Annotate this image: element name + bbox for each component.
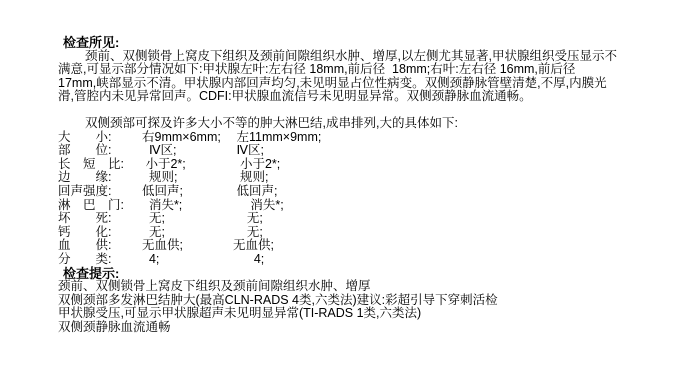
- row-label: 淋 巴 门:: [58, 199, 142, 213]
- row-value-right: 4;: [233, 253, 264, 267]
- table-row-size: 大 小: 右9mm×6mm; 左11mm×9mm;: [58, 131, 665, 145]
- table-row-hilum: 淋 巴 门: 消失*; 消失*;: [58, 199, 665, 213]
- findings-line: 滑,管腔内未见异常回声。CDFI:甲状腺血流信号未见明显异常。双侧颈静脉血流通畅…: [58, 90, 665, 104]
- row-value-left: Ⅳ区;: [142, 144, 233, 158]
- row-value-right: 无;: [233, 212, 263, 226]
- findings-paragraph-lymphnodes: 双侧颈部可探及许多大小不等的肿大淋巴结,成串排列,大的具体如下:: [58, 117, 665, 131]
- row-label: 分 类:: [58, 253, 142, 267]
- row-value-right: Ⅳ区;: [233, 144, 264, 158]
- findings-paragraph-thyroid: 颈前、双侧锁骨上窝皮下组织及颈前间隙组织水肿、增厚,以左侧尤其显著,甲状腺组织受…: [58, 50, 665, 104]
- findings-section-heading: 检查所见:: [63, 36, 665, 50]
- table-row-echogenicity: 回声强度: 低回声; 低回声;: [58, 185, 665, 199]
- row-value-left: 无血供;: [142, 239, 233, 253]
- row-label: 部 位:: [58, 144, 142, 158]
- impression-line: 甲状腺受压,可显示甲状腺超声未见明显异常(TI-RADS 1类,六类法): [58, 307, 665, 321]
- row-value-right: 规则;: [233, 171, 268, 185]
- row-value-left: 低回声;: [142, 185, 233, 199]
- row-label: 大 小:: [58, 131, 142, 145]
- row-value-left: 右9mm×6mm;: [142, 131, 233, 145]
- row-value-right: 消失*;: [233, 199, 284, 213]
- row-value-left: 消失*;: [142, 199, 233, 213]
- row-value-right: 左11mm×9mm;: [233, 131, 321, 145]
- row-value-right: 无血供;: [233, 239, 274, 253]
- table-row-category: 分 类: 4; 4;: [58, 253, 665, 267]
- findings-line: 满意,可显示部分情况如下:甲状腺左叶:左右径 18mm,前后径 18mm;右叶:…: [58, 63, 665, 77]
- impression-list: 颈前、双侧锁骨上窝皮下组织及颈前间隙组织水肿、增厚 双侧颈部多发淋巴结肿大(最高…: [58, 280, 665, 334]
- row-label: 边 缘:: [58, 171, 142, 185]
- ultrasound-report-page: 检查所见: 颈前、双侧锁骨上窝皮下组织及颈前间隙组织水肿、增厚,以左侧尤其显著,…: [0, 0, 679, 382]
- table-row-necrosis: 坏 死: 无; 无;: [58, 212, 665, 226]
- row-label: 血 供:: [58, 239, 142, 253]
- table-row-margin: 边 缘: 规则; 规则;: [58, 171, 665, 185]
- lymph-node-table: 大 小: 右9mm×6mm; 左11mm×9mm; 部 位: Ⅳ区; Ⅳ区; 长…: [58, 131, 665, 267]
- row-value-left: 无;: [142, 212, 233, 226]
- impression-line: 颈前、双侧锁骨上窝皮下组织及颈前间隙组织水肿、增厚: [58, 280, 665, 294]
- row-value-right: 低回声;: [233, 185, 277, 199]
- row-value-left: 规则;: [142, 171, 233, 185]
- row-value-left: 4;: [142, 253, 233, 267]
- row-label: 回声强度:: [58, 185, 142, 199]
- impression-line: 双侧颈静脉血流通畅: [58, 321, 665, 335]
- table-row-location: 部 位: Ⅳ区; Ⅳ区;: [58, 144, 665, 158]
- row-label: 坏 死:: [58, 212, 142, 226]
- table-row-vascularity: 血 供: 无血供; 无血供;: [58, 239, 665, 253]
